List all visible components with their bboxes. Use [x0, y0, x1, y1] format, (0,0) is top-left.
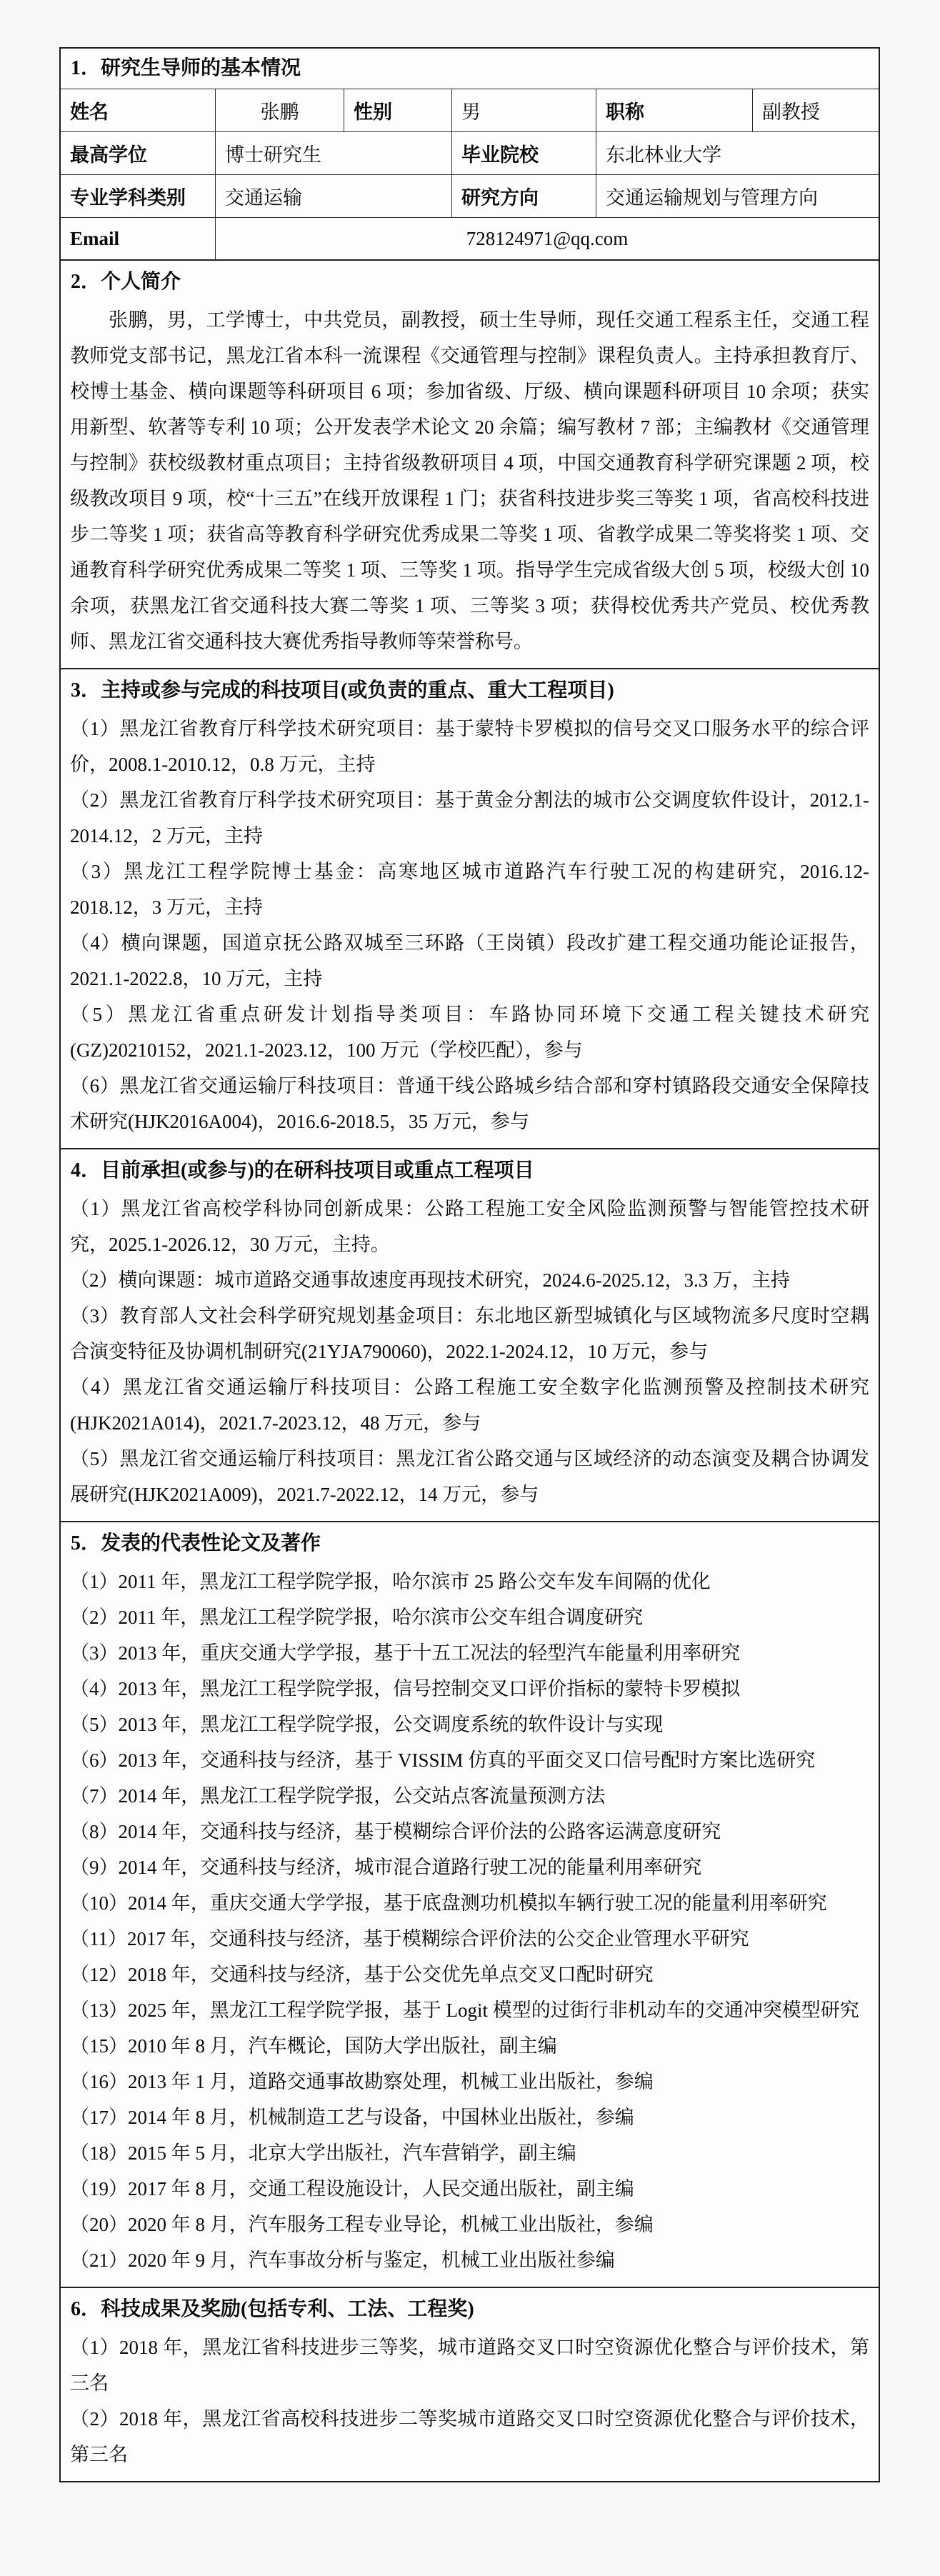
publication-item: （15）2010 年 8 月，汽车概论，国防大学出版社，副主编 — [70, 2028, 869, 2064]
direction-value: 交通运输规划与管理方向 — [596, 175, 879, 217]
publication-item: （21）2020 年 9 月，汽车事故分析与鉴定，机械工业出版社参编 — [70, 2242, 869, 2278]
publication-item: （1）2011 年，黑龙江工程学院学报，哈尔滨市 25 路公交车发车间隔的优化 — [70, 1564, 869, 1599]
publication-item: （9）2014 年，交通科技与经济，城市混合道路行驶工况的能量利用率研究 — [70, 1849, 869, 1885]
publication-item: （16）2013 年 1 月，道路交通事故勘察处理，机械工业出版社，参编 — [70, 2064, 869, 2100]
section-publications: 5．发表的代表性论文及著作 （1）2011 年，黑龙江工程学院学报，哈尔滨市 2… — [61, 1521, 879, 2287]
publication-item: （20）2020 年 8 月，汽车服务工程专业导论，机械工业出版社，参编 — [70, 2207, 869, 2242]
job-title-value: 副教授 — [752, 89, 879, 131]
section-title-completed-projects: 3．主持或参与完成的科技项目(或负责的重点、重大工程项目) — [61, 669, 879, 709]
publication-item: （3）2013 年，重庆交通大学学报，基于十五工况法的轻型汽车能量利用率研究 — [70, 1635, 869, 1671]
section-profile: 2．个人简介 张鹏，男，工学博士，中共党员，副教授，硕士生导师，现任交通工程系主… — [61, 259, 879, 668]
direction-label: 研究方向 — [451, 175, 596, 217]
degree-label: 最高学位 — [61, 132, 215, 174]
page: { "basic_info": { "section_title": "1．研究… — [0, 0, 940, 2576]
section-current-projects: 4．目前承担(或参与)的在研科技项目或重点工程项目 （1）黑龙江省高校学科协同创… — [61, 1148, 879, 1521]
major-value: 交通运输 — [215, 175, 451, 217]
completed-project-item: （3）黑龙江工程学院博士基金：高寒地区城市道路汽车行驶工况的构建研究，2016.… — [70, 854, 869, 925]
row-email: Email 728124971@qq.com — [61, 217, 879, 259]
advisor-profile-table: 1．研究生导师的基本情况 姓名 张鹏 性别 男 职称 副教授 最高学位 博士研究… — [59, 47, 880, 2482]
section-awards: 6．科技成果及奖励(包括专利、工法、工程奖) （1）2018 年，黑龙江省科技进… — [61, 2287, 879, 2481]
section-title-basic-info: 1．研究生导师的基本情况 — [61, 49, 879, 89]
section-title-publications: 5．发表的代表性论文及著作 — [61, 1522, 879, 1562]
completed-project-item: （5）黑龙江省重点研发计划指导类项目：车路协同环境下交通工程关键技术研究(GZ)… — [70, 997, 869, 1068]
current-project-item: （4）黑龙江省交通运输厅科技项目：公路工程施工安全数字化监测预警及控制技术研究(… — [70, 1369, 869, 1441]
publication-item: （13）2025 年，黑龙江工程学院学报，基于 Logit 模型的过街行非机动车… — [70, 1992, 869, 2028]
award-item: （1）2018 年，黑龙江省科技进步三等奖，城市道路交叉口时空资源优化整合与评价… — [70, 2330, 869, 2401]
publication-item: （17）2014 年 8 月，机械制造工艺与设备，中国林业出版社，参编 — [70, 2100, 869, 2135]
completed-project-item: （1）黑龙江省教育厅科学技术研究项目：基于蒙特卡罗模拟的信号交叉口服务水平的综合… — [70, 711, 869, 782]
row-degree-school: 最高学位 博士研究生 毕业院校 东北林业大学 — [61, 131, 879, 174]
section-basic-info: 1．研究生导师的基本情况 姓名 张鹏 性别 男 职称 副教授 最高学位 博士研究… — [61, 49, 879, 259]
current-project-item: （1）黑龙江省高校学科协同创新成果：公路工程施工安全风险监测预警与智能管控技术研… — [70, 1191, 869, 1262]
publication-item: （18）2015 年 5 月，北京大学出版社，汽车营销学，副主编 — [70, 2135, 869, 2171]
major-label: 专业学科类别 — [61, 175, 215, 217]
section-title-profile: 2．个人简介 — [61, 261, 879, 301]
publication-item: （12）2018 年，交通科技与经济，基于公交优先单点交叉口配时研究 — [70, 1957, 869, 1992]
publication-item: （5）2013 年，黑龙江工程学院学报，公交调度系统的软件设计与实现 — [70, 1707, 869, 1742]
completed-project-item: （2）黑龙江省教育厅科学技术研究项目：基于黄金分割法的城市公交调度软件设计，20… — [70, 782, 869, 854]
publication-item: （8）2014 年，交通科技与经济，基于模糊综合评价法的公路客运满意度研究 — [70, 1814, 869, 1849]
section-completed-projects: 3．主持或参与完成的科技项目(或负责的重点、重大工程项目) （1）黑龙江省教育厅… — [61, 668, 879, 1148]
publication-item: （10）2014 年，重庆交通大学学报，基于底盘测功机模拟车辆行驶工况的能量利用… — [70, 1885, 869, 1921]
current-project-item: （2）横向课题：城市道路交通事故速度再现技术研究，2024.6-2025.12，… — [70, 1262, 869, 1298]
name-value: 张鹏 — [215, 89, 344, 131]
publication-item: （6）2013 年，交通科技与经济，基于 VISSIM 仿真的平面交叉口信号配时… — [70, 1742, 869, 1778]
gender-label: 性别 — [344, 89, 451, 131]
award-item: （2）2018 年，黑龙江省高校科技进步二等奖城市道路交叉口时空资源优化整合与评… — [70, 2401, 869, 2472]
row-name-gender-title: 姓名 张鹏 性别 男 职称 副教授 — [61, 89, 879, 131]
school-label: 毕业院校 — [451, 132, 596, 174]
publication-item: （11）2017 年，交通科技与经济，基于模糊综合评价法的公交企业管理水平研究 — [70, 1921, 869, 1957]
name-label: 姓名 — [61, 89, 215, 131]
degree-value: 博士研究生 — [215, 132, 451, 174]
completed-project-item: （4）横向课题，国道京抚公路双城至三环路（王岗镇）段改扩建工程交通功能论证报告，… — [70, 925, 869, 997]
profile-paragraph: 张鹏，男，工学博士，中共党员，副教授，硕士生导师，现任交通工程系主任，交通工程教… — [70, 302, 869, 659]
row-major-direction: 专业学科类别 交通运输 研究方向 交通运输规划与管理方向 — [61, 174, 879, 217]
school-value: 东北林业大学 — [596, 132, 879, 174]
current-project-item: （5）黑龙江省交通运输厅科技项目：黑龙江省公路交通与区域经济的动态演变及耦合协调… — [70, 1441, 869, 1512]
publication-item: （19）2017 年 8 月，交通工程设施设计，人民交通出版社，副主编 — [70, 2171, 869, 2207]
gender-value: 男 — [451, 89, 596, 131]
publication-item: （7）2014 年，黑龙江工程学院学报，公交站点客流量预测方法 — [70, 1778, 869, 1814]
publication-item: （2）2011 年，黑龙江工程学院学报，哈尔滨市公交车组合调度研究 — [70, 1599, 869, 1635]
completed-project-item: （6）黑龙江省交通运输厅科技项目：普通干线公路城乡结合部和穿村镇路段交通安全保障… — [70, 1068, 869, 1139]
section-title-awards: 6．科技成果及奖励(包括专利、工法、工程奖) — [61, 2288, 879, 2328]
publication-item: （4）2013 年，黑龙江工程学院学报，信号控制交叉口评价指标的蒙特卡罗模拟 — [70, 1671, 869, 1707]
section-title-current-projects: 4．目前承担(或参与)的在研科技项目或重点工程项目 — [61, 1149, 879, 1189]
email-value: 728124971@qq.com — [215, 218, 879, 259]
current-project-item: （3）教育部人文社会科学研究规划基金项目：东北地区新型城镇化与区域物流多尺度时空… — [70, 1298, 869, 1369]
job-title-label: 职称 — [596, 89, 752, 131]
email-label: Email — [61, 218, 215, 259]
